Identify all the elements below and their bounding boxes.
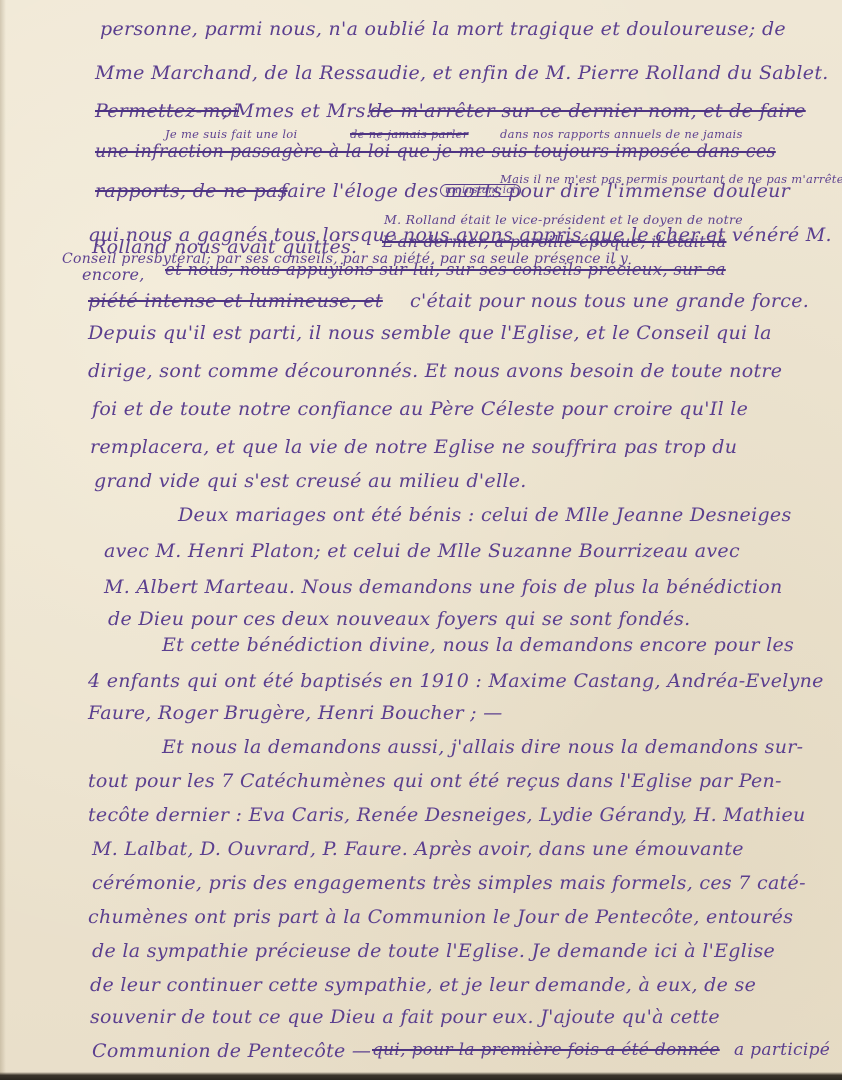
- text-line: Mme Marchand, de la Ressaudie, et enfin …: [95, 62, 829, 84]
- text-line: M. Lalbat, D. Ouvrard, P. Faure. Après a…: [92, 838, 744, 860]
- text-line: chumènes ont pris part à la Communion le…: [88, 906, 793, 928]
- text-line: personne, parmi nous, n'a oublié la mort…: [100, 18, 786, 40]
- text-line: 4 enfants qui ont été baptisés en 1910 :…: [88, 670, 824, 692]
- text-line: Communion de Pentecôte —: [92, 1040, 371, 1062]
- circled-insertion: un instant ici: [440, 184, 521, 197]
- paper-left-edge: [0, 0, 6, 1080]
- text-line: de Dieu pour ces deux nouveaux foyers qu…: [108, 608, 691, 630]
- text-line: Depuis qu'il est parti, il nous semble q…: [88, 322, 772, 344]
- text-line: tout pour les 7 Catéchumènes qui ont été…: [88, 770, 782, 792]
- text-line: grand vide qui s'est creusé au milieu d'…: [94, 470, 527, 492]
- text-line: Et nous la demandons aussi, j'allais dir…: [162, 736, 803, 758]
- text-line: avec M. Henri Platon; et celui de Mlle S…: [104, 540, 740, 562]
- text-line: souvenir de tout ce que Dieu a fait pour…: [90, 1006, 720, 1028]
- struck-text: piété intense et lumineuse, et: [88, 290, 383, 312]
- struck-text: Permettez-moi: [95, 100, 239, 122]
- text-line: , Mmes et Mrs!: [222, 100, 374, 122]
- text-line: M. Albert Marteau. Nous demandons une fo…: [104, 576, 783, 598]
- struck-text: qui, pour la première fois a été donnée: [372, 1040, 720, 1060]
- text-line: Et cette bénédiction divine, nous la dem…: [162, 634, 794, 656]
- insertion-text: Je me suis fait une loi: [165, 127, 298, 141]
- struck-text: de m'arrêter sur ce dernier nom, et de f…: [370, 100, 806, 122]
- struck-text: et nous, nous appuyions sur lui, sur ses…: [165, 260, 726, 279]
- struck-text: L'an dernier, à pareille époque, il étai…: [382, 232, 726, 251]
- manuscript-page: personne, parmi nous, n'a oublié la mort…: [0, 0, 842, 1080]
- struck-text: de ne jamais parler: [350, 127, 469, 141]
- text-line: tecôte dernier : Eva Caris, Renée Desnei…: [88, 804, 806, 826]
- struck-text: une infraction passagère à la loi que je…: [95, 142, 776, 162]
- text-line: encore,: [82, 265, 145, 284]
- text-line: remplacera, et que la vie de notre Eglis…: [90, 436, 737, 458]
- insertion-text: M. Rolland était le vice-président et le…: [384, 212, 743, 227]
- text-line: foi et de toute notre confiance au Père …: [92, 398, 748, 420]
- insertion-text: dans nos rapports annuels de ne jamais: [500, 127, 743, 141]
- text-line: de la sympathie précieuse de toute l'Egl…: [92, 940, 775, 962]
- text-line: dirige, sont comme découronnés. Et nous …: [88, 360, 782, 382]
- paper-bottom-edge: [0, 1072, 842, 1080]
- text-line: a participé: [734, 1040, 830, 1060]
- text-line: cérémonie, pris des engagements très sim…: [92, 872, 806, 894]
- text-line: Deux mariages ont été bénis : celui de M…: [178, 504, 792, 526]
- text-line: Faure, Roger Brugère, Henri Boucher ; —: [88, 702, 503, 724]
- text-line: c'était pour nous tous une grande force.: [410, 290, 809, 312]
- text-line: pour dire l'immense douleur: [508, 180, 790, 202]
- struck-text: rapports, de ne pas: [95, 180, 288, 202]
- text-line: de leur continuer cette sympathie, et je…: [90, 974, 756, 996]
